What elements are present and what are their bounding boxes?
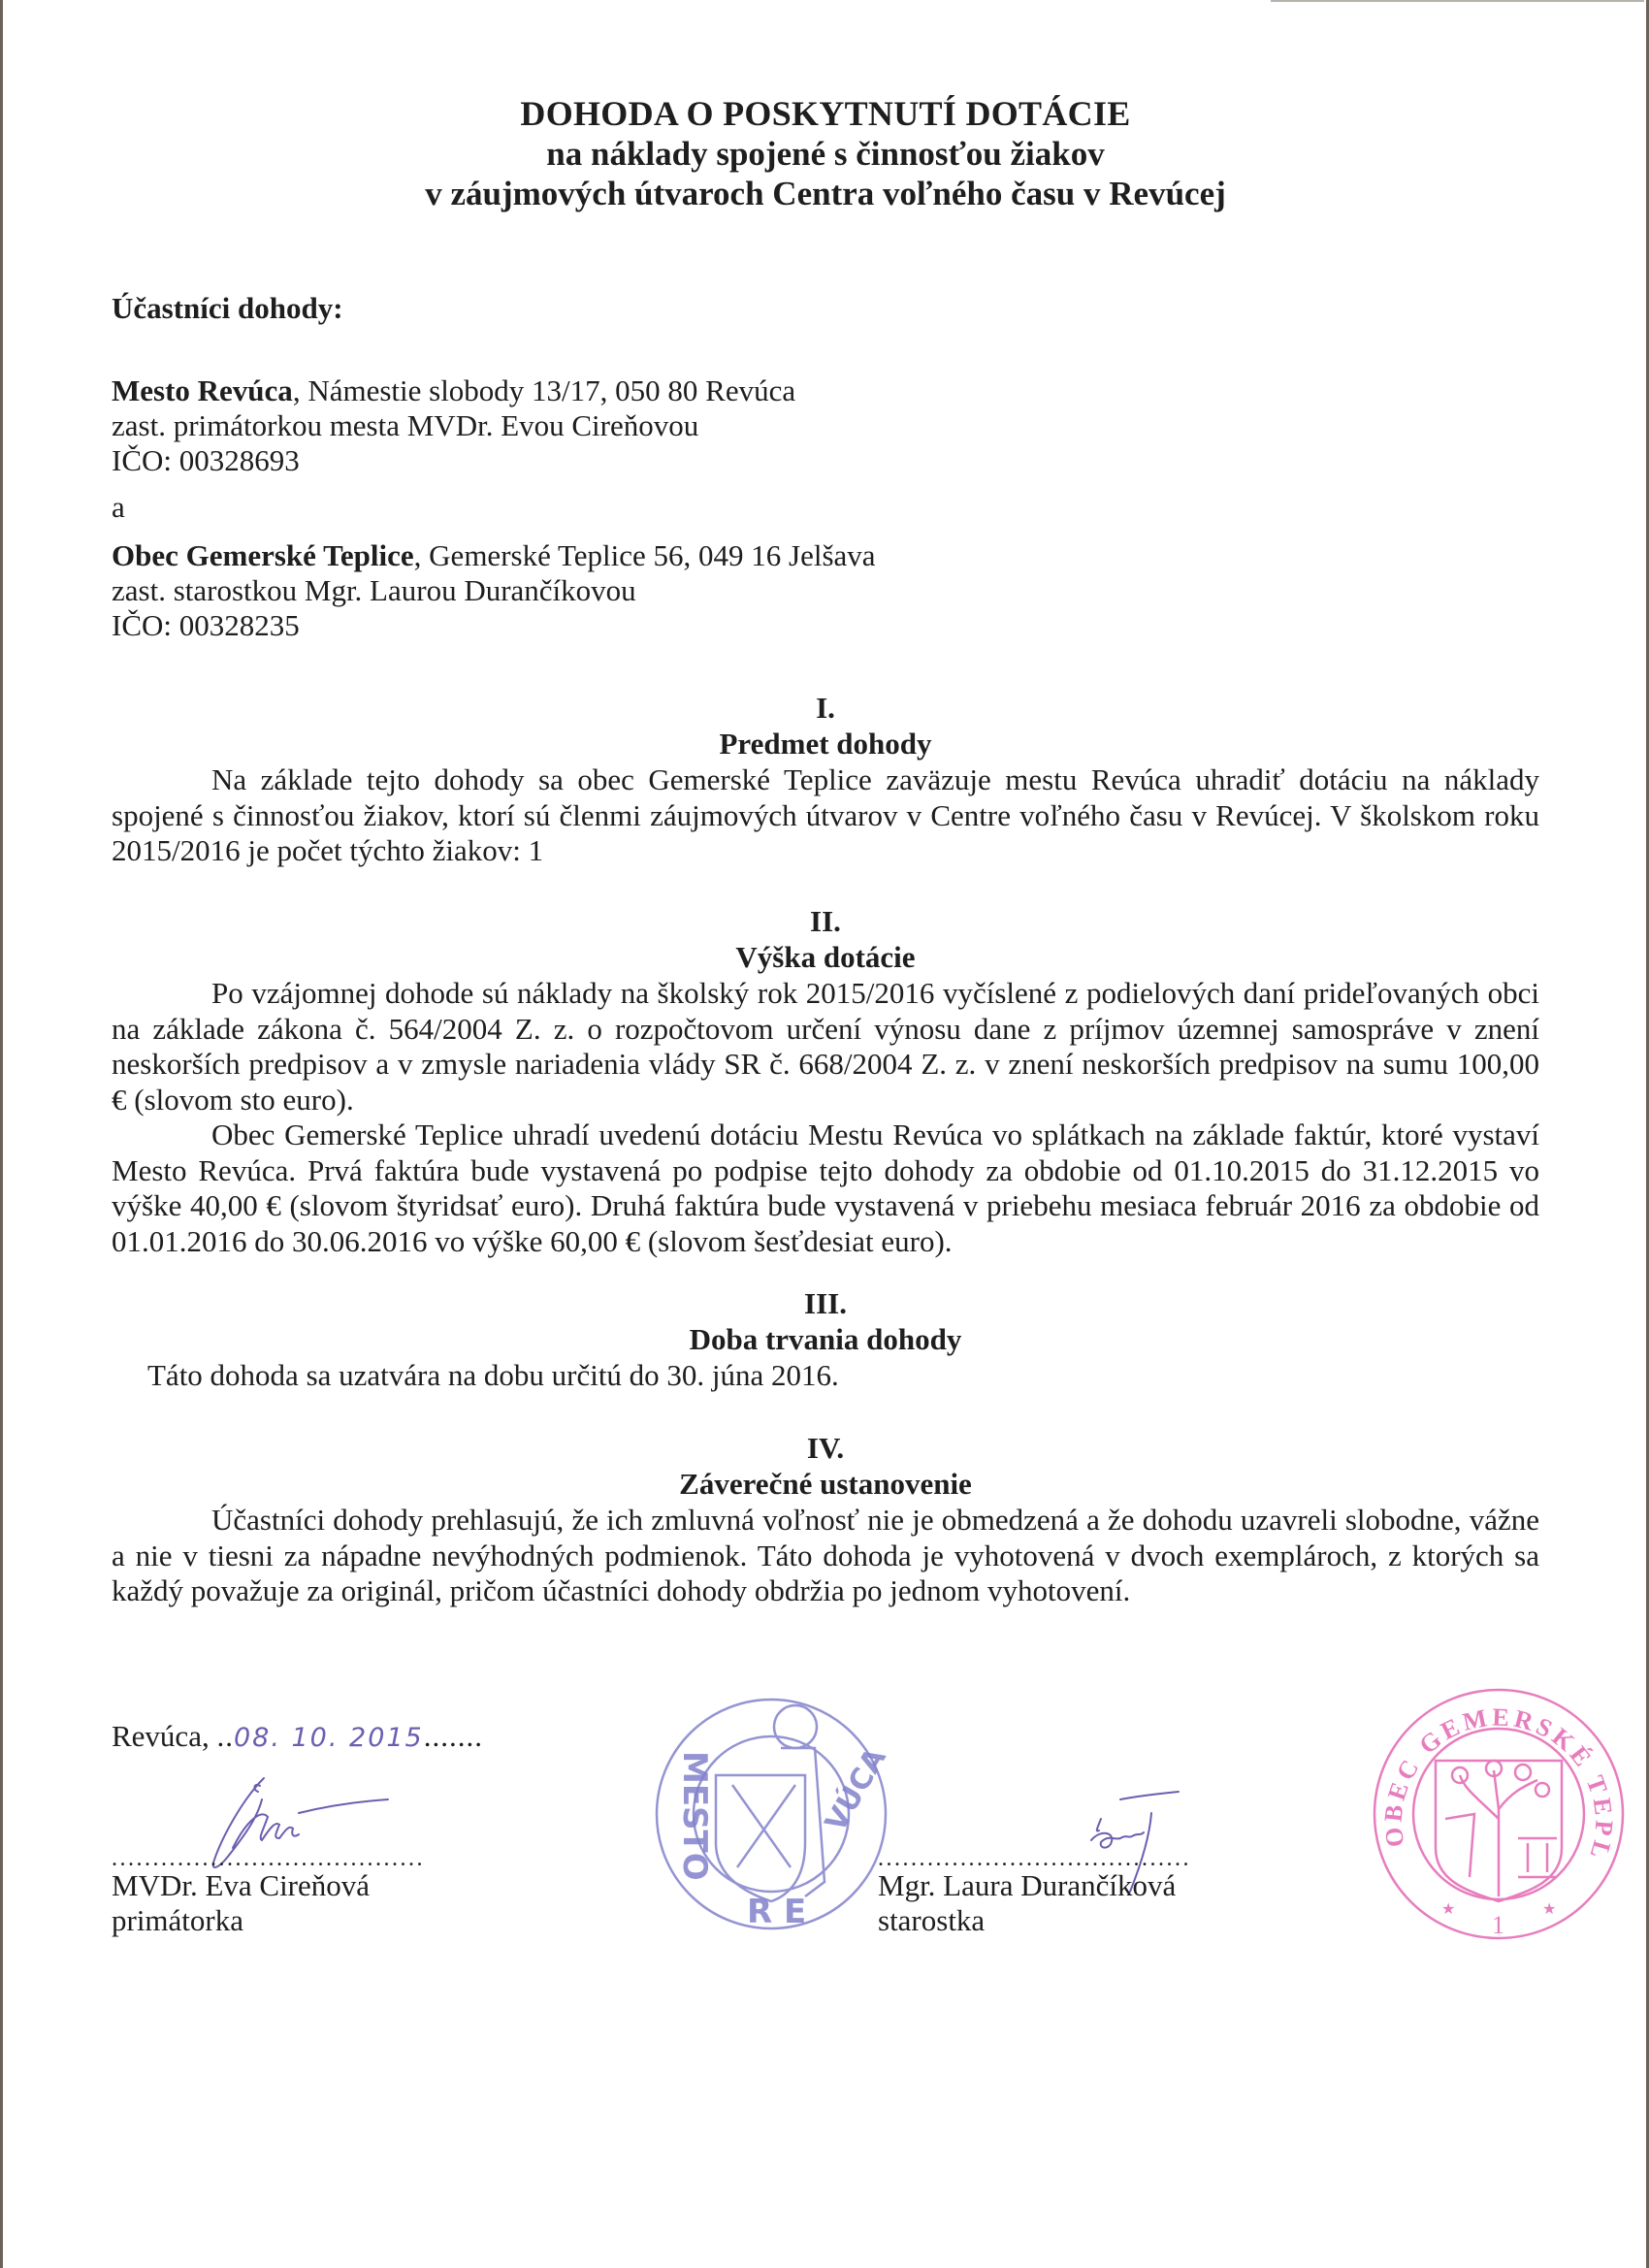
date-dots-before: .. — [216, 1719, 234, 1753]
section-paragraph: Obec Gemerské Teplice uhradí uvedenú dot… — [112, 1118, 1539, 1259]
place-and-date: Revúca, ..08. 10. 2015....... — [112, 1719, 483, 1756]
party-2-representative: zast. starostkou Mgr. Laurou Durančíkovo… — [112, 573, 876, 608]
stamp-mesto-revuca-icon: MESTO R E VÚCA MESTO REVÚCA — [650, 1688, 892, 1940]
signatory-role: starostka — [878, 1903, 1191, 1938]
section-4-zaverecne-ustanovenie: IV. Záverečné ustanovenie Účastníci doho… — [112, 1431, 1539, 1609]
scan-edge-top — [1271, 0, 1644, 2]
signatory-left: ...................................... M… — [112, 1849, 425, 1938]
party-1-address: , Námestie slobody 13/17, 050 80 Revúca — [293, 373, 795, 407]
section-number: IV. — [112, 1431, 1539, 1466]
svg-text:R E: R E — [747, 1893, 806, 1931]
title-line-2: na náklady spojené s činnosťou žiakov — [112, 134, 1539, 174]
party-1-name: Mesto Revúca — [112, 373, 293, 407]
signatory-role: primátorka — [112, 1903, 425, 1938]
svg-text:VÚCA: VÚCA — [817, 1741, 892, 1838]
section-paragraph: Na základe tejto dohody sa obec Gemerské… — [112, 762, 1539, 869]
signature-line: ...................................... — [878, 1849, 1191, 1868]
section-number: III. — [112, 1286, 1539, 1321]
place: Revúca, — [112, 1719, 216, 1753]
party-1-ico: IČO: 00328693 — [112, 443, 795, 478]
section-title: Záverečné ustanovenie — [112, 1466, 1539, 1503]
stamp-number: 1 — [1492, 1911, 1504, 1939]
party-2-name-line: Obec Gemerské Teplice, Gemerské Teplice … — [112, 538, 876, 573]
section-2-vyska-dotacie: II. Výška dotácie Po vzájomnej dohode sú… — [112, 904, 1539, 1259]
signature-line: ...................................... — [112, 1849, 425, 1868]
party-1-representative: zast. primátorkou mesta MVDr. Evou Cireň… — [112, 408, 795, 443]
svg-text:★: ★ — [1542, 1899, 1556, 1918]
section-title: Predmet dohody — [112, 726, 1539, 762]
signatory-right: ...................................... M… — [878, 1849, 1191, 1938]
date-dots-after: ....... — [424, 1719, 483, 1753]
parties-heading: Účastníci dohody: — [112, 291, 343, 326]
section-paragraph: Účastníci dohody prehlasujú, že ich zmlu… — [112, 1503, 1539, 1609]
signatory-name: MVDr. Eva Cireňová — [112, 1868, 425, 1903]
title-line-3: v záujmových útvaroch Centra voľného čas… — [112, 174, 1539, 213]
party-2-ico: IČO: 00328235 — [112, 608, 876, 643]
party-2-name: Obec Gemerské Teplice — [112, 538, 414, 572]
section-1-predmet-dohody: I. Predmet dohody Na základe tejto dohod… — [112, 691, 1539, 869]
section-title: Výška dotácie — [112, 939, 1539, 976]
svg-text:★: ★ — [1441, 1899, 1455, 1918]
signatory-name: Mgr. Laura Durančíková — [878, 1868, 1191, 1903]
parties-conjunction: a — [112, 490, 125, 525]
stamp-obec-gemerske-teplice-icon: OBEC GEMERSKÉ TEPLICE ★ ★ 1 OBEC GEMERSK… — [1368, 1683, 1630, 1945]
handwritten-date: 08. 10. 2015 — [234, 1723, 424, 1753]
section-paragraph: Táto dohoda sa uzatvára na dobu určitú d… — [112, 1358, 1539, 1394]
party-1-name-line: Mesto Revúca, Námestie slobody 13/17, 05… — [112, 373, 795, 408]
section-3-doba-trvania: III. Doba trvania dohody Táto dohoda sa … — [112, 1286, 1539, 1394]
title-main: DOHODA O POSKYTNUTÍ DOTÁCIE — [112, 93, 1539, 134]
document-title: DOHODA O POSKYTNUTÍ DOTÁCIE na náklady s… — [112, 93, 1539, 213]
party-mesto-revuca: Mesto Revúca, Námestie slobody 13/17, 05… — [112, 373, 795, 478]
party-obec-gemerske-teplice: Obec Gemerské Teplice, Gemerské Teplice … — [112, 538, 876, 643]
section-number: I. — [112, 691, 1539, 726]
stamp-text: MESTO — [675, 1751, 714, 1881]
party-2-address: , Gemerské Teplice 56, 049 16 Jelšava — [414, 538, 876, 572]
section-number: II. — [112, 904, 1539, 939]
scan-edge-left — [0, 0, 3, 2268]
section-title: Doba trvania dohody — [112, 1321, 1539, 1358]
section-paragraph: Po vzájomnej dohode sú náklady na školsk… — [112, 976, 1539, 1118]
